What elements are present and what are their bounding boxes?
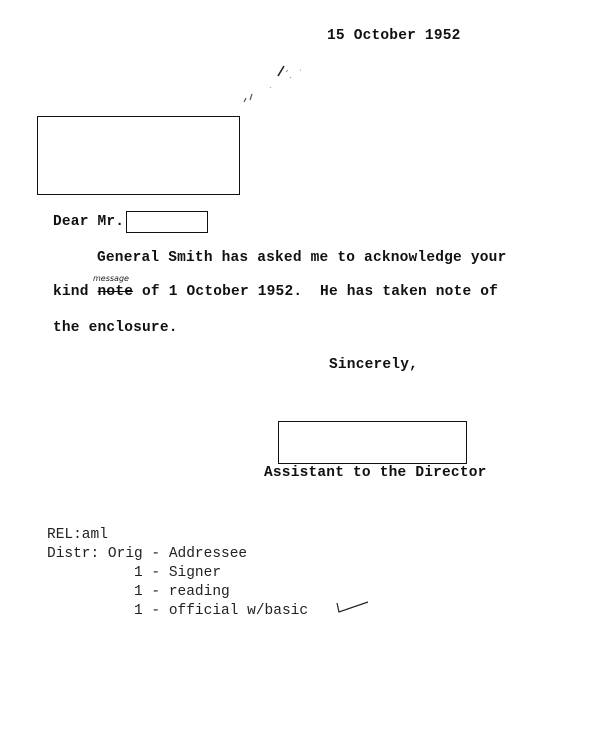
body-line-2: kind note of 1 October 1952. He has take… [53,284,498,300]
distribution-line-3: 1 - reading [47,584,230,600]
body-line-2-prefix: kind [53,284,98,300]
salutation: Dear Mr. [53,214,124,230]
body-line-3: the enclosure. [53,320,178,336]
struck-word: note [98,284,134,300]
signature-title: Assistant to the Director [264,465,487,481]
distribution-line-2: 1 - Signer [47,565,221,581]
salutation-name-redaction [126,211,208,233]
distribution-line-1: Distr: Orig - Addressee [47,546,247,562]
letter-date: 15 October 1952 [327,28,461,44]
reference-initials: REL:aml [47,527,108,543]
body-line-1: General Smith has asked me to acknowledg… [97,250,506,266]
body-line-2-suffix: of 1 October 1952. He has taken note of [133,284,498,300]
address-block-redaction [37,116,240,195]
checkmark-arrow-icon [334,598,374,618]
distribution-line-4: 1 - official w/basic [47,603,308,619]
signature-redaction [278,421,467,464]
closing: Sincerely, [329,357,418,373]
handwritten-mark-icon [230,58,310,108]
handwritten-correction: message [93,274,129,283]
